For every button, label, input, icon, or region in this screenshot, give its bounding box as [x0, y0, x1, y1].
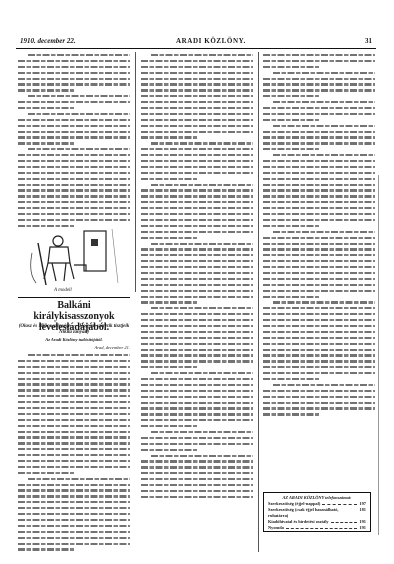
page-header: 1910. december 22. ARADI KÖZLÖNY. 31	[16, 36, 376, 49]
column-2-text	[141, 52, 253, 500]
column-divider	[258, 52, 259, 552]
illustration-seated-man: A modell	[24, 223, 128, 295]
phone-row: Nyomda 191	[268, 525, 366, 531]
page-edge-rule	[378, 175, 379, 535]
section-rule	[18, 297, 130, 298]
phone-label: Nyomda	[268, 525, 284, 531]
column-1-article-body	[18, 352, 130, 552]
issue-date: 1910. december 22.	[20, 37, 76, 45]
phone-number: 191	[359, 525, 366, 531]
illustration-caption: A modell	[53, 288, 72, 293]
column-1-text-top	[18, 52, 130, 229]
column-divider	[135, 52, 136, 292]
phone-number: 181	[359, 507, 366, 519]
newspaper-page: 1910. december 22. ARADI KÖZLÖNY. 31 A m…	[0, 0, 394, 564]
phone-numbers-box: AZ ARADI KÖZLÖNY telefonszámai: Szerkesz…	[263, 492, 371, 532]
article-byline: Az Aradi Közlöny tudósítójától.	[18, 337, 130, 342]
article-subtitle: (Olasz és Milica szépsége. — Hogyan szer…	[18, 324, 130, 336]
phone-row: Szerkesztőség (csak éjjel használható, r…	[268, 507, 366, 519]
page-number: 31	[365, 37, 372, 45]
column-3-text	[263, 52, 375, 417]
masthead-title: ARADI KÖZLÖNY.	[176, 37, 246, 45]
phone-label: Szerkesztőség (csak éjjel használható, r…	[268, 507, 355, 519]
article-dateline: Arad, december 21.	[18, 345, 130, 350]
